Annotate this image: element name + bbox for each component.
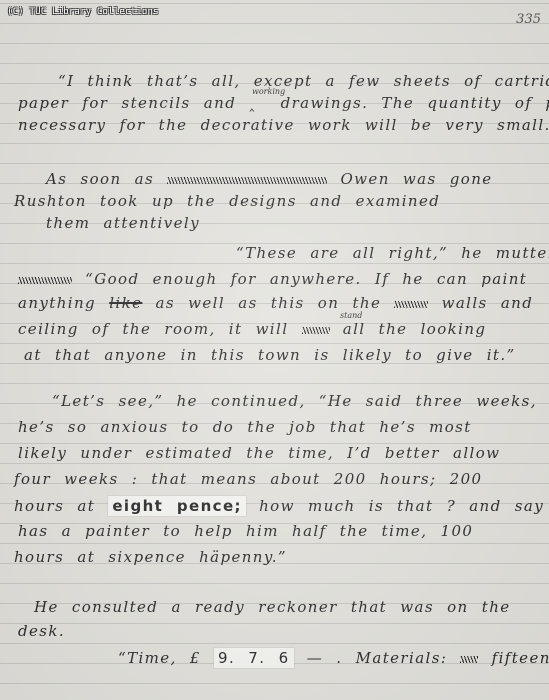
manuscript-line: hours at sixpence häpenny.”	[14, 548, 287, 566]
manuscript-line: likely under estimated the time, I’d bet…	[18, 444, 500, 462]
struck-out-text: like	[109, 294, 142, 312]
manuscript-line: He consulted a ready reckoner that was o…	[34, 598, 511, 616]
line-text: Owen was gone	[340, 170, 492, 188]
manuscript-page: (C) TUC Library Collections 335 “I think…	[0, 0, 549, 700]
copyright-watermark: (C) TUC Library Collections	[7, 7, 159, 17]
pasted-correction-slip: 9. 7. 6	[214, 648, 294, 668]
manuscript-line: necessary for the decorative work will b…	[18, 116, 549, 134]
line-text: “Time, £	[118, 649, 201, 667]
line-text: as well as this on the	[156, 294, 382, 312]
line-text: “Good enough for anywhere. If he can pai…	[85, 270, 527, 288]
manuscript-line: As soon as Owen was gone	[46, 170, 493, 188]
line-text: anything	[18, 294, 96, 312]
line-text: hours at	[14, 497, 95, 515]
manuscript-line: “I think that’s all, except a few sheets…	[58, 72, 549, 90]
struck-out-text	[394, 301, 428, 308]
manuscript-line: Rushton took up the designs and examined	[14, 192, 440, 210]
line-text: fifteen	[492, 649, 549, 667]
interlinear-insertion: working	[252, 87, 285, 96]
struck-out-text	[18, 277, 72, 284]
manuscript-line: four weeks : that means about 200 hours;…	[14, 470, 482, 488]
manuscript-line: “These are all right,” he muttered,	[236, 244, 549, 262]
line-text: As soon as	[46, 170, 154, 188]
manuscript-line: anything like as well as this on the wal…	[18, 294, 533, 312]
line-text: walls and	[442, 294, 534, 312]
line-text: paper for stencils and	[18, 94, 236, 112]
manuscript-line: “Good enough for anywhere. If he can pai…	[18, 270, 527, 288]
folio-number: 335	[516, 12, 541, 27]
interlinear-insertion: stand	[340, 311, 362, 320]
line-text: how much is that ? and say he	[259, 497, 549, 515]
struck-out-text	[460, 656, 478, 663]
manuscript-line: at that anyone in this town is likely to…	[24, 346, 516, 364]
struck-out-text	[167, 177, 327, 184]
line-text: drawings. The quantity of paint-	[281, 94, 549, 112]
manuscript-line: “Let’s see,” he continued, “He said thre…	[52, 392, 549, 410]
struck-out-text	[302, 327, 330, 334]
manuscript-line: paper for stencils and ‸ drawings. The q…	[18, 94, 549, 112]
line-text: — . Materials:	[307, 649, 448, 667]
line-text: all the looking	[343, 320, 487, 338]
manuscript-line: hours at eight pence; how much is that ?…	[14, 496, 549, 516]
manuscript-line: ceiling of the room, it will all the loo…	[18, 320, 486, 338]
manuscript-line: desk.	[18, 622, 65, 640]
manuscript-line: “Time, £ 9. 7. 6 — . Materials: fifteen	[118, 648, 549, 668]
manuscript-line: has a painter to help him half the time,…	[18, 522, 473, 540]
pasted-correction-slip: eight pence;	[108, 496, 246, 516]
line-text: ceiling of the room, it will	[18, 320, 288, 338]
manuscript-line: he’s so anxious to do the job that he’s …	[18, 418, 472, 436]
caret-insertion-mark: ‸	[249, 94, 267, 112]
manuscript-line: them attentively	[46, 214, 200, 232]
